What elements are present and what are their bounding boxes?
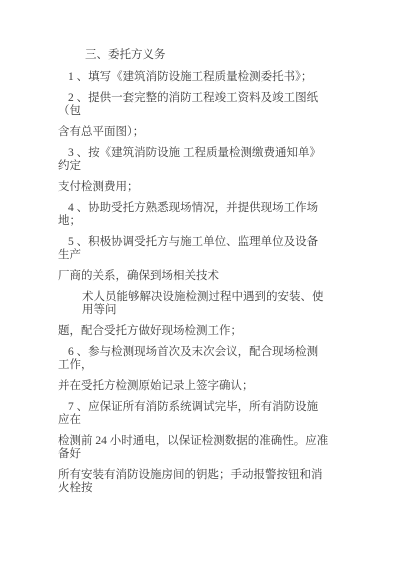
text-line: 术人员能够解决设施检测过程中遇到的安装、使 [58,291,358,304]
document-page: 三、委托方义务 1 、填写《建筑消防设施工程质量检测委托书》； 2 、提供一套完… [0,0,400,566]
paragraph-item-5-continuation-2: 术人员能够解决设施检测过程中遇到的安装、使 用等问 [58,291,358,317]
text-line: 并在受托方检测原始记录上签字确认； [58,380,358,393]
text-line: 厂商的关系，确保到场相关技术 [58,270,358,283]
text-line: 火栓按 [58,482,358,495]
paragraph-item-2-continuation: 含有总平面图）； [58,126,358,139]
text-line: 含有总平面图）； [58,126,358,139]
document-content: 三、委托方义务 1 、填写《建筑消防设施工程质量检测委托书》； 2 、提供一套完… [58,49,358,503]
paragraph-item-1: 1 、填写《建筑消防设施工程质量检测委托书》； [58,71,358,84]
text-line: （包 [58,105,358,118]
text-line: 检测前 24 小时通电，以保证检测数据的准确性。应准 [58,435,358,448]
text-line: 地； [58,215,358,228]
text-line: 支付检测费用； [58,181,358,194]
text-line: 生产 [58,249,358,262]
paragraph-item-5-continuation-1: 厂商的关系，确保到场相关技术 [58,270,358,283]
paragraph-item-3-continuation: 支付检测费用； [58,181,358,194]
text-line: 应在 [58,414,358,427]
text-line: 5 、积极协调受托方与施工单位、监理单位及设备 [58,236,358,249]
text-line: 备好 [58,448,358,461]
text-line: 6 、参与检测现场首次及末次会议，配合现场检测 [58,346,358,359]
paragraph-item-4: 4 、协助受托方熟悉现场情况，并提供现场工作场 地； [58,202,358,228]
paragraph-item-6: 6 、参与检测现场首次及末次会议，配合现场检测 工作， [58,346,358,372]
section-title: 三、委托方义务 [58,49,358,62]
paragraph-item-7: 7 、应保证所有消防系统调试完毕，所有消防设施 应在 [58,401,358,427]
paragraph-item-7-continuation-1: 检测前 24 小时通电，以保证检测数据的准确性。应准 备好 [58,435,358,461]
text-line: 4 、协助受托方熟悉现场情况，并提供现场工作场 [58,202,358,215]
paragraph-item-5-continuation-3: 题，配合受托方做好现场检测工作； [58,325,358,338]
text-line: 7 、应保证所有消防系统调试完毕，所有消防设施 [58,401,358,414]
paragraph-item-2: 2 、提供一套完整的消防工程竣工资料及竣工图纸 （包 [58,92,358,118]
text-line: 1 、填写《建筑消防设施工程质量检测委托书》； [58,71,358,84]
paragraph-item-3: 3 、按《建筑消防设施 工程质量检测缴费通知单》 约定 [58,147,358,173]
text-line: 用等问 [58,304,358,317]
text-line: 工作， [58,359,358,372]
paragraph-item-6-continuation: 并在受托方检测原始记录上签字确认； [58,380,358,393]
text-line: 约定 [58,160,358,173]
paragraph-item-5: 5 、积极协调受托方与施工单位、监理单位及设备 生产 [58,236,358,262]
paragraph-item-7-continuation-2: 所有安装有消防设施房间的钥匙；手动报警按钮和消 火栓按 [58,469,358,495]
text-line: 题，配合受托方做好现场检测工作； [58,325,358,338]
text-line: 3 、按《建筑消防设施 工程质量检测缴费通知单》 [58,147,358,160]
text-line: 2 、提供一套完整的消防工程竣工资料及竣工图纸 [58,92,358,105]
text-line: 所有安装有消防设施房间的钥匙；手动报警按钮和消 [58,469,358,482]
